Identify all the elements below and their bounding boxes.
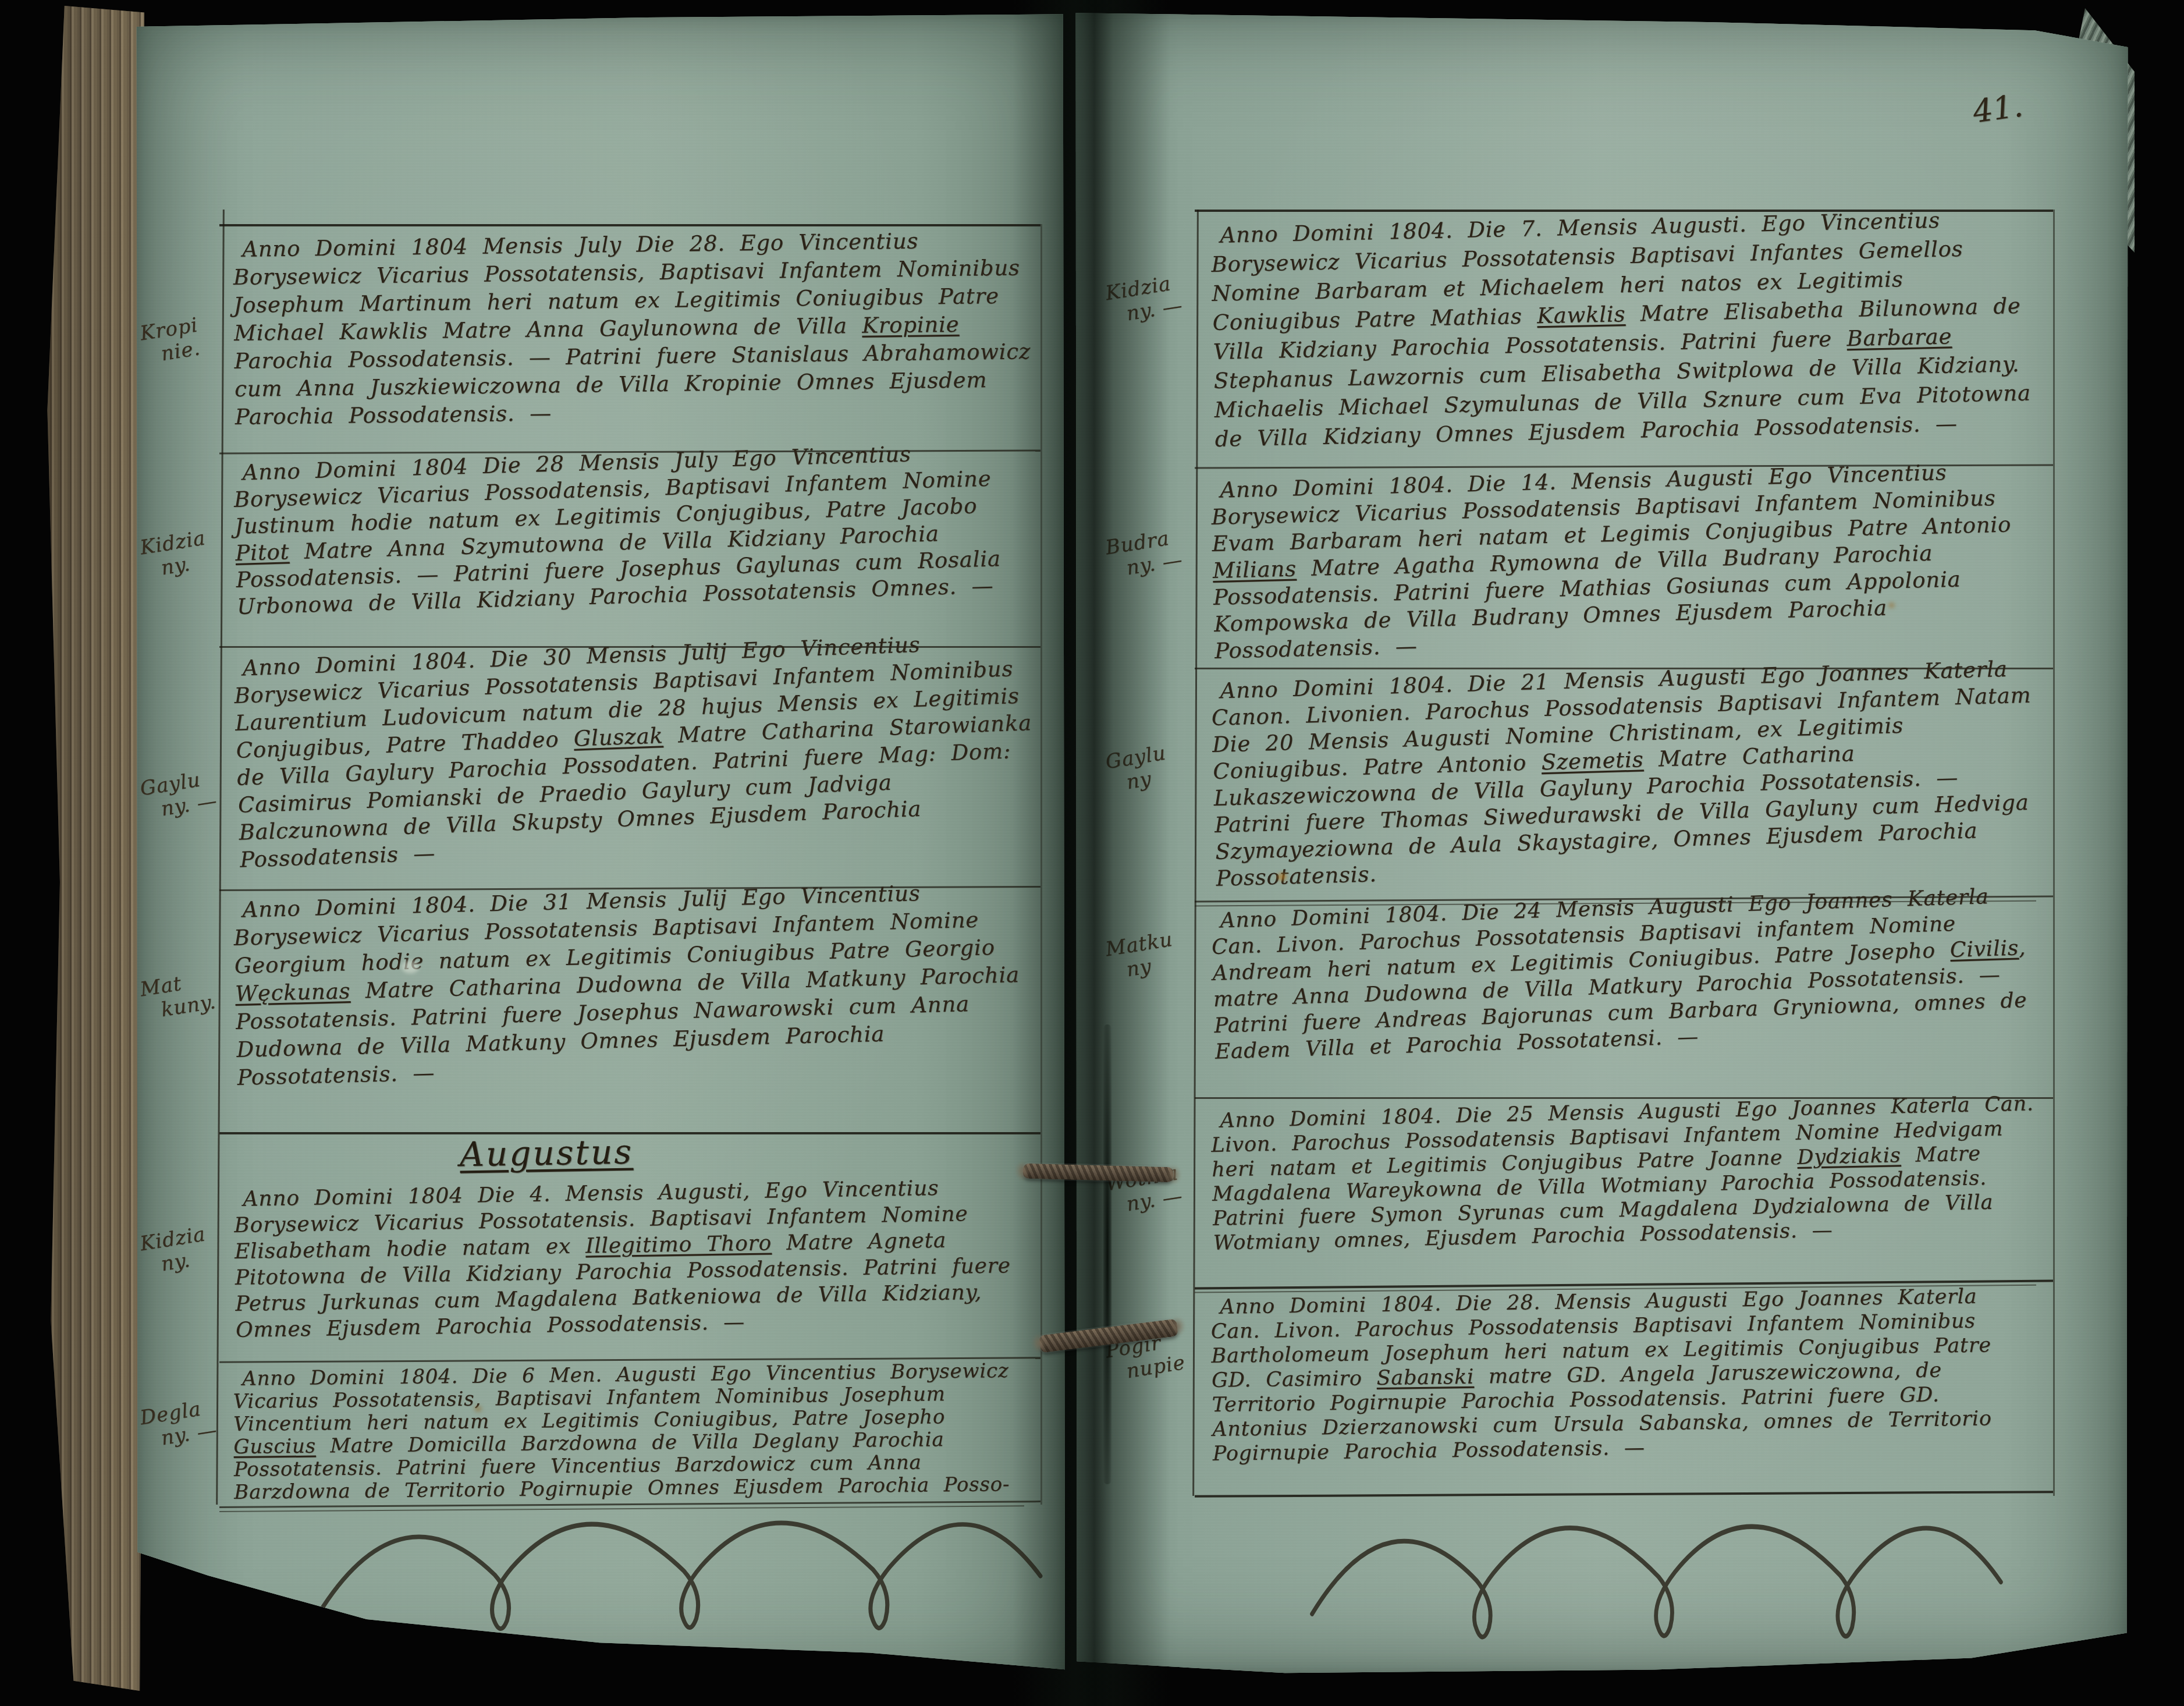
village-margin-label: Gaylu ny <box>1104 737 1198 797</box>
baptism-entry: Budra ny. — Anno Domini 1804. Die 14. Me… <box>1074 471 2130 664</box>
paper-stain <box>474 1406 482 1412</box>
baptism-entry: Mat kuny. Anno Domini 1804. Die 31 Mensi… <box>134 891 1065 1132</box>
baptism-entry: Gaylu ny Anno Domini 1804. Die 21 Mensis… <box>1074 672 2130 896</box>
village-margin-label: Budra ny. — <box>1104 523 1198 583</box>
left-page: Kropi nie. Anno Domini 1804 Mensis July … <box>134 12 1065 1688</box>
village-margin-label: Kidzia ny. — <box>1104 269 1198 328</box>
entry-text: Anno Domini 1804. Die 21 Mensis Augusti … <box>1210 655 2043 892</box>
entry-text: Anno Domini 1804. Die 31 Mensis Julij Eg… <box>233 877 1040 1092</box>
baptism-entry: Augustus Kidzia ny. Anno Domini 1804 Die… <box>134 1135 1065 1359</box>
village-margin-label: Gaylu ny. — <box>139 765 226 824</box>
entry-text: Anno Domini 1804. Die 7. Mensis Augusti.… <box>1210 204 2041 454</box>
page-number: 41. <box>1970 87 2025 130</box>
baptism-entry: Kropi nie. Anno Domini 1804 Mensis July … <box>134 230 1065 451</box>
paper-stain <box>1277 873 1287 881</box>
baptism-entry: Kidzia ny. Anno Domini 1804 Die 28 Mensi… <box>134 454 1065 646</box>
village-margin-label: Kidzia ny. <box>139 524 226 583</box>
pen-flourish <box>314 1505 1047 1638</box>
table-rule <box>1195 1491 2053 1498</box>
village-margin-label: Degla ny. — <box>139 1394 226 1453</box>
village-margin-label: Matku ny <box>1104 925 1198 984</box>
baptism-entry: Pogir nupie Anno Domini 1804. Die 28. Me… <box>1074 1289 2130 1490</box>
pen-flourish <box>1304 1508 2008 1647</box>
paper-stain <box>1888 602 1895 608</box>
entry-text: Anno Domini 1804 Die 4. Mensis Augusti, … <box>233 1128 1039 1343</box>
entry-text: Anno Domini 1804. Die 24 Mensis Augusti … <box>1210 882 2041 1065</box>
right-page: 41. Kidzia ny. — Anno Domini 1804. Die 7… <box>1074 9 2130 1676</box>
village-margin-label: Kidzia ny. <box>139 1220 226 1279</box>
paper-stain <box>402 960 419 973</box>
entry-text: Anno Domini 1804. Die 30 Mensis Julij Eg… <box>233 627 1043 874</box>
table-rule <box>219 224 1040 226</box>
photographed-register-spread: { "page_number": "41.", "month_header": … <box>0 0 2184 1706</box>
baptism-entry: Wotnia ny. — Anno Domini 1804. Die 25 Me… <box>1074 1103 2130 1281</box>
entry-text: Anno Domini 1804 Die 28 Mensis July Ego … <box>233 437 1040 620</box>
baptism-entry: Gaylu ny. — Anno Domini 1804. Die 30 Men… <box>134 649 1065 888</box>
baptism-entry: Kidzia ny. — Anno Domini 1804. Die 7. Me… <box>1074 215 2130 463</box>
baptism-entry: Degla ny. — Anno Domini 1804. Die 6 Men.… <box>134 1362 1065 1503</box>
village-margin-label: Mat kuny. <box>139 966 226 1024</box>
village-margin-label: Kropi nie. <box>139 310 226 368</box>
entry-text: Anno Domini 1804. Die 28. Mensis Augusti… <box>1210 1283 2039 1466</box>
baptism-entry: Matku ny Anno Domini 1804. Die 24 Mensis… <box>1074 902 2130 1094</box>
entry-text: Anno Domini 1804. Die 6 Men. Augusti Ego… <box>233 1360 1037 1504</box>
entry-text: Anno Domini 1804 Mensis July Die 28. Ego… <box>233 226 1038 431</box>
entry-text: Anno Domini 1804. Die 25 Mensis Augusti … <box>1210 1091 2040 1255</box>
entry-text: Anno Domini 1804. Die 14. Mensis Augusti… <box>1210 457 2041 665</box>
book-fore-edge-pages <box>30 6 144 1691</box>
